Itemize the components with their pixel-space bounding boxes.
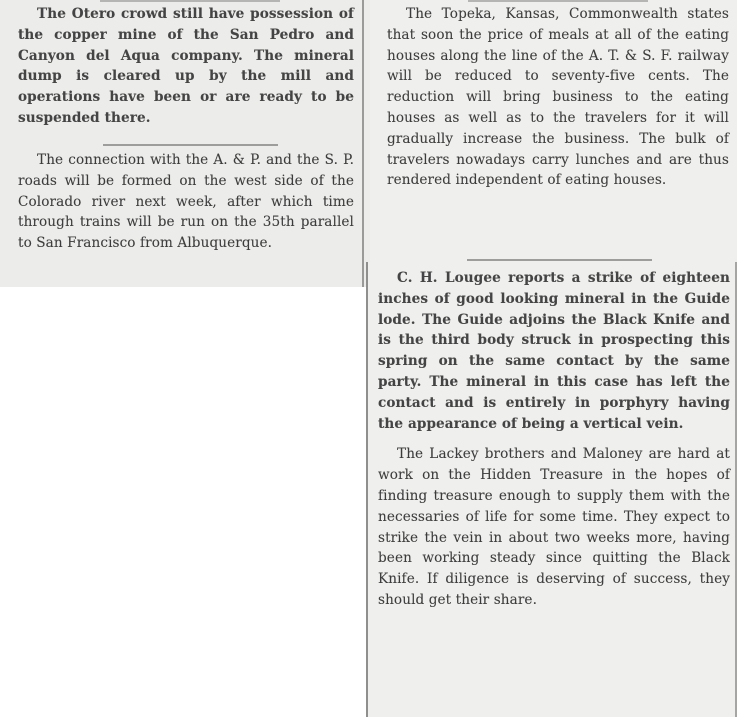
newspaper-clipping-right-bottom: C. H. Lougee reports a strike of eightee… <box>366 262 737 717</box>
column-rule <box>362 0 364 287</box>
article-divider <box>467 259 652 261</box>
paragraph-lackey-brothers: The Lackey brothers and Maloney are hard… <box>378 444 730 610</box>
article-otero-mine: The Otero crowd still have possession of… <box>18 4 354 129</box>
newspaper-clipping-right-top: The Topeka, Kansas, Commonwealth states … <box>370 0 737 262</box>
article-railroad-connection: The connection with the A. & P. and the … <box>18 150 354 254</box>
paragraph-railroad-connection: The connection with the A. & P. and the … <box>18 150 354 254</box>
paragraph-lougee-strike: C. H. Lougee reports a strike of eightee… <box>378 268 730 434</box>
article-lougee-strike: C. H. Lougee reports a strike of eightee… <box>378 268 730 611</box>
newspaper-clipping-left: The Otero crowd still have possession of… <box>0 0 370 287</box>
paragraph-otero-mine: The Otero crowd still have possession of… <box>18 4 354 129</box>
article-divider <box>103 144 278 146</box>
paragraph-topeka-meals: The Topeka, Kansas, Commonwealth states … <box>387 4 729 191</box>
top-rule <box>468 0 648 2</box>
article-topeka-meals: The Topeka, Kansas, Commonwealth states … <box>387 4 729 191</box>
top-rule <box>100 0 280 2</box>
